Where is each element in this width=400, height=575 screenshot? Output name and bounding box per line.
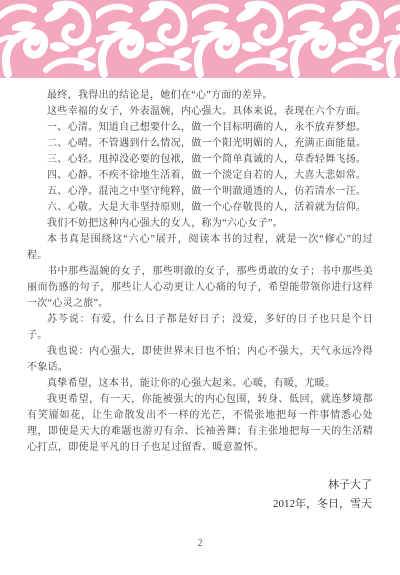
paragraph: 真挚希望，这本书，能让你的心强大起来。心暖，有暖，尤暖。 <box>27 376 373 392</box>
paragraph: 这些幸福的女子，外表温婉，内心强大。具体来说，表现在六个方面。 <box>27 104 373 120</box>
paragraph: 本书真是围绕这“六心”展开，阅读本书的过程，就是一次“修心”的过程。 <box>27 232 373 264</box>
paragraph: 我也说：内心强大，即使世界末日也不怕；内心不强大，天气永远冷得不象话。 <box>27 344 373 376</box>
paragraph: 二、心晴。不管遇到什么情况，做一个阳光明媚的人，充满正面能量。 <box>27 136 373 152</box>
author-name: 林子大了 <box>0 476 372 495</box>
date-line: 2012年，冬日，雪天 <box>0 495 372 514</box>
paragraph: 书中那些温婉的女子，那些明澈的女子，那些勇敢的女子；书中那些美丽而伤感的句子，那… <box>27 264 373 312</box>
signature-block: 林子大了 2012年，冬日，雪天 <box>0 476 400 514</box>
paragraph: 最终，我得出的结论是，她们在“心”方面的差异。 <box>27 88 373 104</box>
paragraph: 苏芩说：有爱，什么日子都是好日子；没爱，多好的日子也只是个日子。 <box>27 312 373 344</box>
paragraph: 六、心敬。大是大非坚持原则，做一个心存敬畏的人，活着就为信仰。 <box>27 200 373 216</box>
paragraph: 我更希望，有一天，你能被强大的内心包围，转身、低回，就连梦境都有笑靥如花，让生命… <box>27 392 373 456</box>
paragraph: 五、心净。混沌之中坚守纯粹，做一个明澈通透的人，仿若清水一汪。 <box>27 184 373 200</box>
page-number: 2 <box>0 538 400 549</box>
paragraph: 我们不妨把这种内心强大的女人，称为“六心女子”。 <box>27 216 373 232</box>
floral-damask-band <box>0 0 400 78</box>
paragraph: 一、心清。知道自己想要什么，做一个目标明确的人，永不放弃梦想。 <box>27 120 373 136</box>
paragraph: 四、心静。不疾不徐地生活着，做一个淡定自若的人，大喜大悲如常。 <box>27 168 373 184</box>
paragraph: 三、心轻。甩掉没必要的包袱，做一个简单真诚的人，草香轻舞飞扬。 <box>27 152 373 168</box>
preface-text: 最终，我得出的结论是，她们在“心”方面的差异。这些幸福的女子，外表温婉，内心强大… <box>0 78 400 456</box>
